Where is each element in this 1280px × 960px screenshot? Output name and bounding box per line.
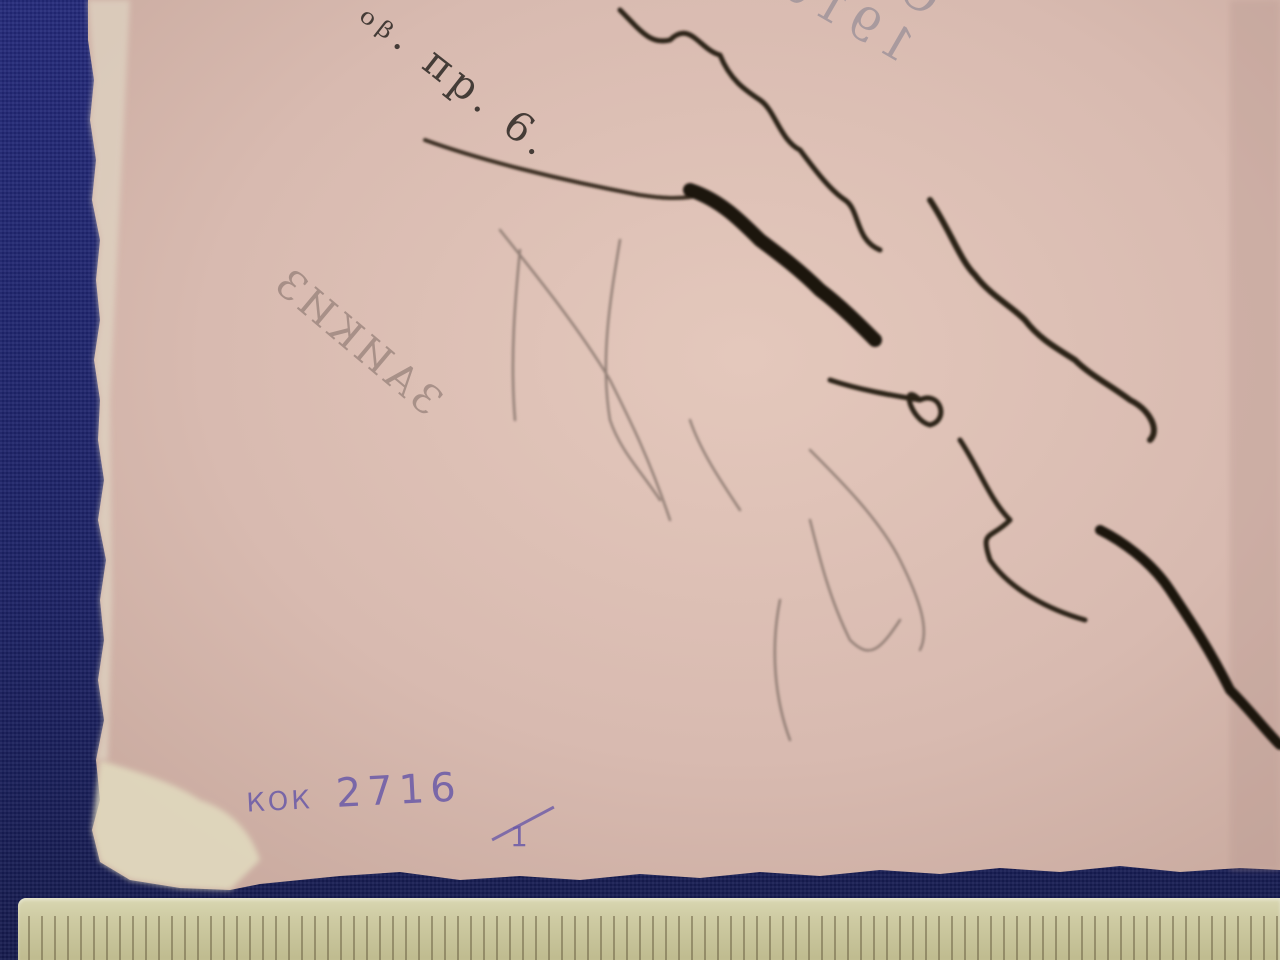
archive-prefix: КОК — [246, 785, 314, 818]
ruler-ticks — [28, 916, 1280, 960]
measuring-ruler — [18, 898, 1280, 960]
photo-scene: ОАНА 1910 ЗАИКИЗ ₒᵦ. пр. 6. КОК 2716 1 — [0, 0, 1280, 960]
archive-number-value: 2716 — [335, 764, 463, 817]
document-paper — [0, 0, 1280, 960]
archive-sub-number: 1 — [510, 820, 528, 853]
